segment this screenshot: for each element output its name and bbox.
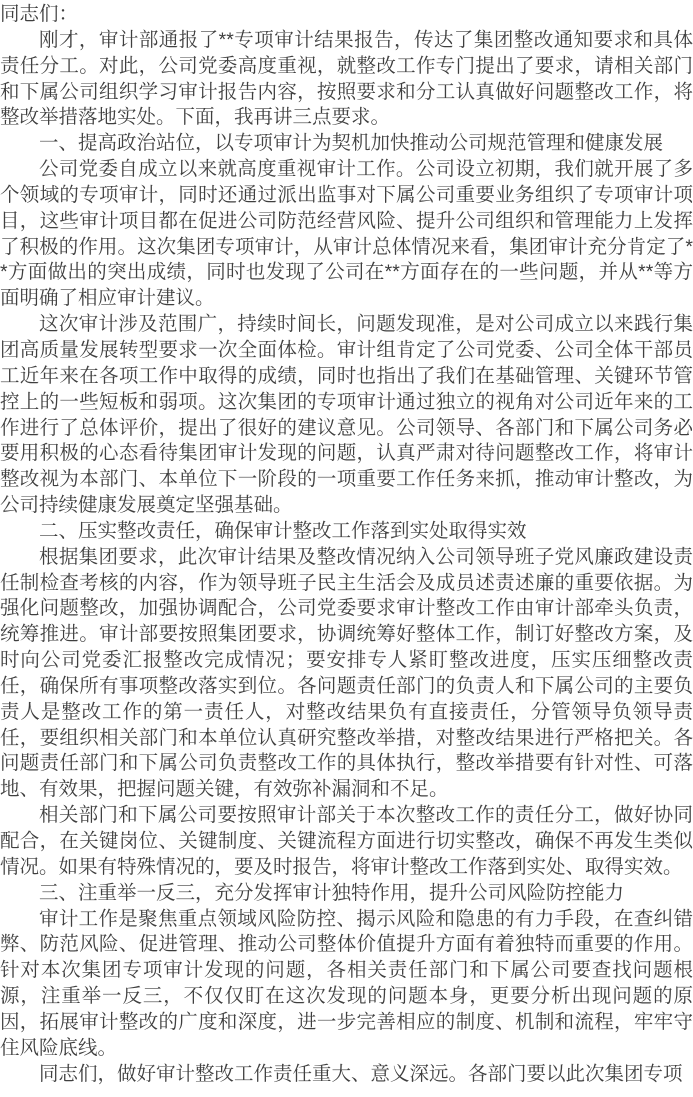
document-page: 同志们： 刚才，审计部通报了**专项审计结果报告，传达了集团整改通知要求和具体责…: [0, 0, 693, 1097]
speech-document: 同志们： 刚才，审计部通报了**专项审计结果报告，传达了集团整改通知要求和具体责…: [0, 2, 693, 1087]
section-heading-1: 一、提高政治站位，以专项审计为契机加快推动公司规范管理和健康发展: [0, 131, 693, 157]
closing-paragraph-clipped: 同志们，做好审计整改工作责任重大、意义深远。各部门要以此次集团专项: [0, 1062, 693, 1088]
section-2-paragraph-1: 根据集团要求，此次审计结果及整改情况纳入公司领导班子党风廉政建设责任制检查考核的…: [0, 545, 693, 803]
section-2-paragraph-2: 相关部门和下属公司要按照审计部关于本次整改工作的责任分工，做好协同配合，在关键岗…: [0, 803, 693, 881]
section-heading-3: 三、注重举一反三，充分发挥审计独特作用，提升公司风险防控能力: [0, 881, 693, 907]
salutation: 同志们：: [0, 2, 693, 28]
section-heading-2: 二、压实整改责任，确保审计整改工作落到实处取得实效: [0, 519, 693, 545]
intro-paragraph: 刚才，审计部通报了**专项审计结果报告，传达了集团整改通知要求和具体责任分工。对…: [0, 28, 693, 131]
section-1-paragraph-1: 公司党委自成立以来就高度重视审计工作。公司设立初期，我们就开展了多个领域的专项审…: [0, 157, 693, 312]
section-3-paragraph-1: 审计工作是聚焦重点领域风险防控、揭示风险和隐患的有力手段，在查纠错弊、防范风险、…: [0, 907, 693, 1062]
section-1-paragraph-2: 这次审计涉及范围广，持续时间长，问题发现准，是对公司成立以来践行集团高质量发展转…: [0, 312, 693, 519]
